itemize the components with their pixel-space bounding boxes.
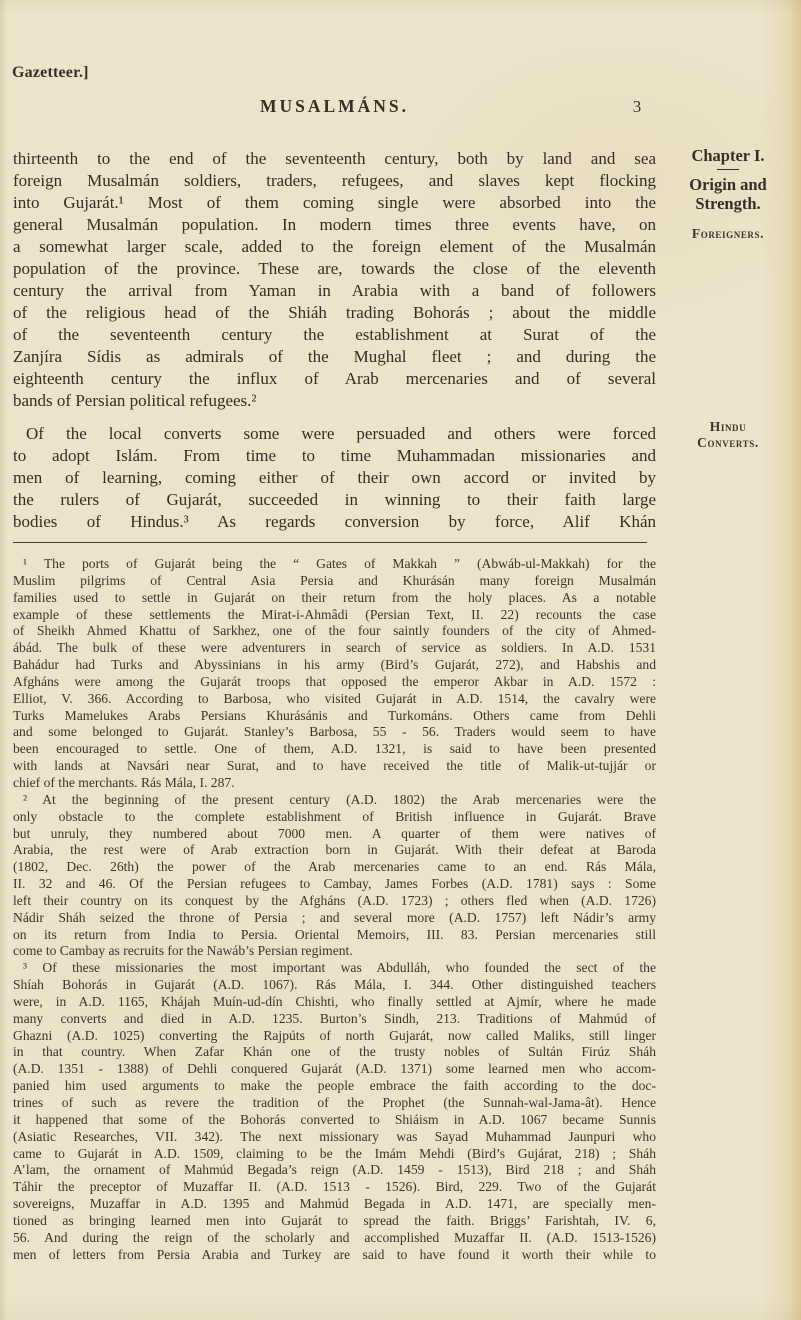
text-line: in that country. When Zafar Khán one of …	[13, 1044, 656, 1061]
chapter-heading-rule	[717, 169, 739, 170]
margin-chapter-subtitle: Origin andStrength.	[658, 175, 798, 213]
text-line: on its return from India to Persia. Orie…	[13, 927, 656, 944]
text-line: and some belonged to Gujarát. Stanley’s …	[13, 724, 656, 741]
text-line: ² At the beginning of the present centur…	[13, 792, 656, 809]
text-line: ¹ The ports of Gujarát being the “ Gates…	[13, 556, 656, 573]
text-line: to adopt Islám. From time to time Muhamm…	[13, 445, 656, 467]
text-line: Elliot, V. 366. According to Barbosa, wh…	[13, 691, 656, 708]
text-line: Converts.	[658, 435, 798, 451]
text-line: Arabia, the rest were of Arab extraction…	[13, 842, 656, 859]
paragraph-hindu-converts: Of the local converts some were persuade…	[13, 423, 656, 533]
text-line: thirteenth to the end of the seventeenth…	[13, 148, 656, 170]
text-line: Hindu	[658, 419, 798, 435]
text-line: panied him used arguments to make the pe…	[13, 1078, 656, 1095]
text-line: Strength.	[658, 194, 798, 213]
text-line: century the arrival from Yaman in Arabia…	[13, 280, 656, 302]
text-line: tioned as bringing learned men into Guja…	[13, 1213, 656, 1230]
footnote-separator-rule	[13, 542, 647, 543]
text-line: general Musalmán population. In modern t…	[13, 214, 656, 236]
page-number: 3	[617, 97, 657, 117]
margin-chapter-heading: Chapter I.	[658, 146, 798, 166]
text-line: came to Gujarát in A.D. 1509, claiming t…	[13, 1146, 656, 1163]
text-line: Afgháns were among the Gujarát troops th…	[13, 674, 656, 691]
text-line: but unruly, they numbered about 7000 men…	[13, 826, 656, 843]
text-line: the rulers of Gujarát, succeeded in winn…	[13, 489, 656, 511]
text-line: II. 32 and 46. Of the Persian refugees t…	[13, 876, 656, 893]
text-line: (A.D. 1351 - 1388) of Dehli conquered Gu…	[13, 1061, 656, 1078]
text-line: bodies of Hindus.³ As regards conversion…	[13, 511, 656, 533]
text-line: men of letters from Persia Arabia and Tu…	[13, 1247, 656, 1264]
text-line: families used to settle in Gujarát on th…	[13, 590, 656, 607]
text-line: been encouraged to settle. One of them, …	[13, 741, 656, 758]
footnote-2: ² At the beginning of the present centur…	[13, 792, 656, 960]
text-line: it happened that some of the Bohorás con…	[13, 1112, 656, 1129]
text-line: into Gujarát.¹ Most of them coming singl…	[13, 192, 656, 214]
text-line: Turks Mamelukes Arabs Persians Khurásáni…	[13, 708, 656, 725]
text-line: population of the province. These are, t…	[13, 258, 656, 280]
text-line: Nádir Sháh seized the throne of Persia ;…	[13, 910, 656, 927]
text-line: of Sheikh Ahmed Khattu of Sarkhez, one o…	[13, 623, 656, 640]
text-line: Origin and	[658, 175, 798, 194]
text-line: with lands at Navsári near Surat, and to…	[13, 758, 656, 775]
text-line: come to Cambay as recruits for the Nawáb…	[13, 943, 656, 960]
text-line: (1802, Dec. 26th) the power of the Arab …	[13, 859, 656, 876]
text-line: ³ Of these missionaries the most importa…	[13, 960, 656, 977]
text-line: of the religious head of the Shiáh tradi…	[13, 302, 656, 324]
text-line: men of learning, coming either of their …	[13, 467, 656, 489]
margin-note-foreigners: Foreigners.	[658, 226, 798, 242]
text-line: chief of the merchants. Rás Mála, I. 287…	[13, 775, 656, 792]
text-line: only obstacle to the complete establishm…	[13, 809, 656, 826]
title-row: MUSALMÁNS.	[13, 96, 656, 117]
running-header: Gazetteer.]	[12, 64, 89, 82]
text-line: many converts and died in A.D. 1235. Bur…	[13, 1011, 656, 1028]
footnote-3: ³ Of these missionaries the most importa…	[13, 960, 656, 1263]
footnotes-section: ¹ The ports of Gujarát being the “ Gates…	[13, 556, 656, 1263]
text-line: A’lam, the ornament of Mahmúd Begada’s r…	[13, 1162, 656, 1179]
text-line: a somewhat larger scale, added to the fo…	[13, 236, 656, 258]
main-text-column: thirteenth to the end of the seventeenth…	[13, 148, 656, 1263]
text-line: 56. And during the reign of the scholarl…	[13, 1230, 656, 1247]
text-line: of the seventeenth century the establish…	[13, 324, 656, 346]
text-line: sovereigns, Muzaffar in A.D. 1395 and Ma…	[13, 1196, 656, 1213]
text-line: foreign Musalmán soldiers, traders, refu…	[13, 170, 656, 192]
text-line: Of the local converts some were persuade…	[13, 423, 656, 445]
text-line: Táhir the preceptor of Muzaffar II. (A.D…	[13, 1179, 656, 1196]
text-line: Ghazni (A.D. 1025) converting the Rajpút…	[13, 1028, 656, 1045]
text-line: bands of Persian political refugees.²	[13, 390, 656, 412]
text-line: were, in A.D. 1165, Khájah Muín-ud-dín C…	[13, 994, 656, 1011]
text-line: eighteenth century the influx of Arab me…	[13, 368, 656, 390]
margin-note-hindu-converts: HinduConverts.	[658, 419, 798, 451]
text-line: Muslim pilgrims of Central Asia Persia a…	[13, 573, 656, 590]
text-line: Bahádur had Turks and Abyssinians in his…	[13, 657, 656, 674]
text-line: trines of such as revere the tradition o…	[13, 1095, 656, 1112]
text-line: Zanjíra Sídis as admirals of the Mughal …	[13, 346, 656, 368]
paragraph-foreigners: thirteenth to the end of the seventeenth…	[13, 148, 656, 412]
footnote-1: ¹ The ports of Gujarát being the “ Gates…	[13, 556, 656, 792]
book-page: Gazetteer.] MUSALMÁNS. 3 thirteenth to t…	[0, 0, 801, 1320]
text-line: example of these settlements the Mirat-i…	[13, 607, 656, 624]
text-line: (Asiatic Researches, VII. 342). The next…	[13, 1129, 656, 1146]
text-line: ábád. The bulk of these were adventurers…	[13, 640, 656, 657]
text-line: left their country on its conquest by th…	[13, 893, 656, 910]
text-line: Shíah Bohorás in Gujarát (A.D. 1067). Rá…	[13, 977, 656, 994]
page-title: MUSALMÁNS.	[260, 96, 409, 117]
